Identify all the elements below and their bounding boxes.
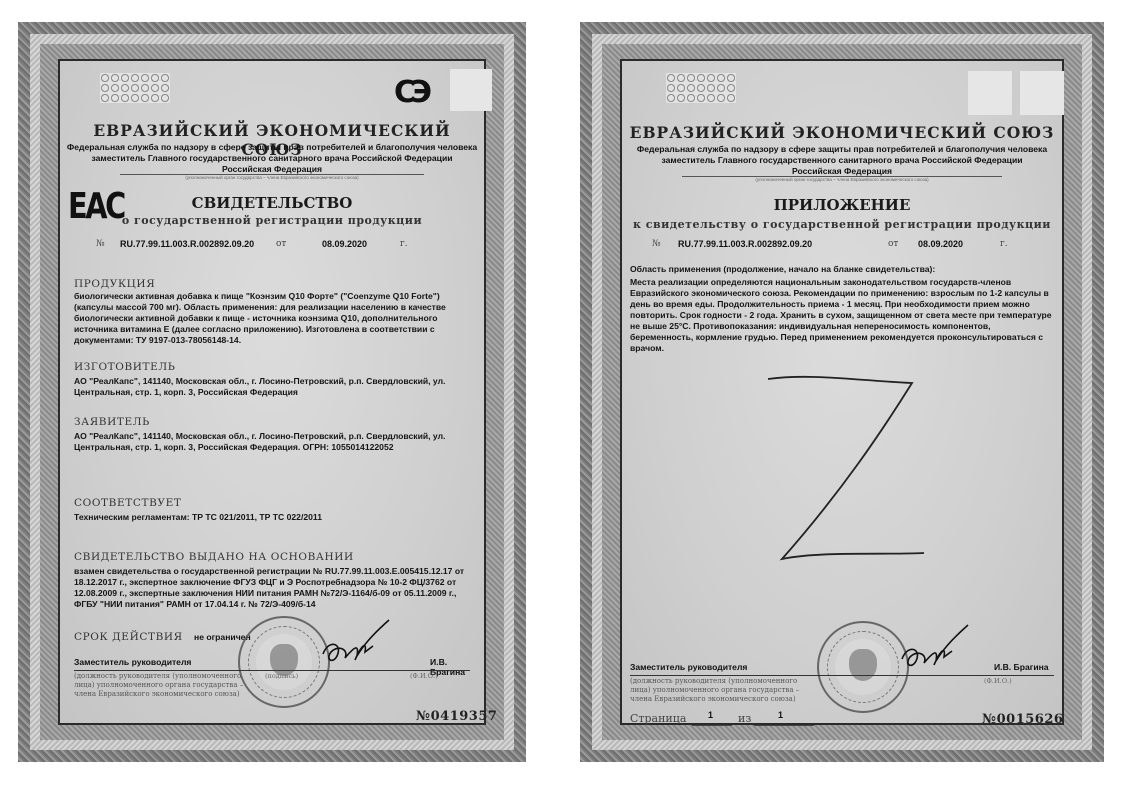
signature-line (74, 670, 470, 671)
hologram-area (450, 69, 492, 111)
certificate-paper: СЭ ЕВРАЗИЙСКИЙ ЭКОНОМИЧЕСКИЙ СОЮЗ Федера… (58, 59, 486, 725)
number-label: № (652, 239, 661, 249)
serial-number: №0419357 (416, 709, 497, 724)
signature-icon (315, 616, 395, 676)
section-heading-manufacturer: ИЗГОТОВИТЕЛЬ (74, 361, 175, 373)
authority-caption: (уполномоченный орган государства – член… (622, 177, 1062, 182)
document-title: СВИДЕТЕЛЬСТВО (60, 194, 484, 212)
authority-block: Федеральная служба по надзору в сфере за… (622, 144, 1062, 177)
signature-caption: (должность руководителя (уполномоченного… (74, 672, 244, 699)
guilloche-pattern (666, 73, 736, 103)
section-heading-product: ПРОДУКЦИЯ (74, 278, 155, 290)
signatory-role: Заместитель руководителя (630, 662, 747, 672)
signatory-name: И.В. Брагина (994, 662, 1049, 672)
authority-caption: (уполномоченный орган государства – член… (60, 175, 484, 180)
fio-caption: (Ф.И.О.) (984, 677, 1012, 685)
signature-line (630, 675, 1054, 676)
page-underline (692, 725, 732, 726)
scope-heading: Область применения (продолжение, начало … (630, 264, 1050, 275)
serial-number: №0015626 (982, 712, 1063, 727)
document-title: ПРИЛОЖЕНИЕ (622, 196, 1062, 214)
hologram-area (1020, 71, 1064, 115)
registration-number: RU.77.99.11.003.R.002892.09.20 (678, 239, 812, 249)
section-body-manufacturer: АО "РеалКапс", 141140, Московская обл., … (74, 376, 472, 398)
validity-label: СРОК ДЕЙСТВИЯ (74, 631, 183, 643)
date-label: от (888, 239, 898, 249)
authority-line: Федеральная служба по надзору в сфере за… (60, 142, 484, 153)
page-label: Страница (630, 712, 686, 725)
authority-line: заместитель Главного государственного са… (622, 155, 1062, 166)
appendix-paper: ЕВРАЗИЙСКИЙ ЭКОНОМИЧЕСКИЙ СОЮЗ Федеральн… (620, 59, 1064, 725)
page-counter: Страница 1 из 1 (630, 712, 830, 725)
document-subtitle: к свидетельству о государственной регист… (622, 218, 1062, 231)
date-label: от (276, 239, 286, 249)
page-underline (754, 725, 814, 726)
hologram-area (968, 71, 1012, 115)
scope-body: Места реализации определяются национальн… (630, 277, 1054, 354)
page-current: 1 (708, 710, 713, 720)
page-total: 1 (778, 710, 783, 720)
authority-block: Федеральная служба по надзору в сфере за… (60, 142, 484, 175)
section-body-applicant: АО "РеалКапс", 141140, Московская обл., … (74, 431, 472, 453)
signature-caption: (должность руководителя (уполномоченного… (630, 677, 810, 704)
section-body-compliance: Техническим регламентам: ТР ТС 021/2011,… (74, 512, 472, 523)
section-heading-compliance: СООТВЕТСТВУЕТ (74, 497, 181, 509)
section-heading-applicant: ЗАЯВИТЕЛЬ (74, 416, 150, 428)
date-suffix: г. (1000, 239, 1008, 249)
page-of-label: из (738, 712, 751, 725)
document-subtitle: о государственной регистрации продукции (60, 214, 484, 227)
union-title: ЕВРАЗИЙСКИЙ ЭКОНОМИЧЕСКИЙ СОЮЗ (622, 123, 1062, 142)
registration-date: 08.09.2020 (322, 239, 367, 249)
handwritten-z-mark-icon (762, 371, 932, 571)
certificate-sheet: СЭ ЕВРАЗИЙСКИЙ ЭКОНОМИЧЕСКИЙ СОЮЗ Федера… (18, 22, 526, 762)
registration-number: RU.77.99.11.003.R.002892.09.20 (120, 239, 254, 249)
authority-line: заместитель Главного государственного са… (60, 153, 484, 164)
signatory-name: И.В. Брагина (430, 657, 484, 677)
fio-caption: (Ф.И.О.) (410, 672, 438, 680)
signature-caption-mid: (подпись) (265, 672, 298, 680)
section-body-product: биологически активная добавка к пище "Ко… (74, 291, 472, 346)
date-suffix: г. (400, 239, 408, 249)
authority-line: Федеральная служба по надзору в сфере за… (622, 144, 1062, 155)
section-body-basis: взамен свидетельства о государственной р… (74, 566, 472, 610)
guilloche-pattern (100, 73, 170, 103)
section-heading-basis: СВИДЕТЕЛЬСТВО ВЫДАНО НА ОСНОВАНИИ (74, 551, 354, 563)
registration-date: 08.09.2020 (918, 239, 963, 249)
appendix-sheet: ЕВРАЗИЙСКИЙ ЭКОНОМИЧЕСКИЙ СОЮЗ Федеральн… (580, 22, 1104, 762)
number-label: № (96, 239, 105, 249)
signatory-role: Заместитель руководителя (74, 657, 191, 667)
signature-icon (894, 621, 974, 681)
conformity-mark-icon: СЭ (394, 75, 426, 110)
